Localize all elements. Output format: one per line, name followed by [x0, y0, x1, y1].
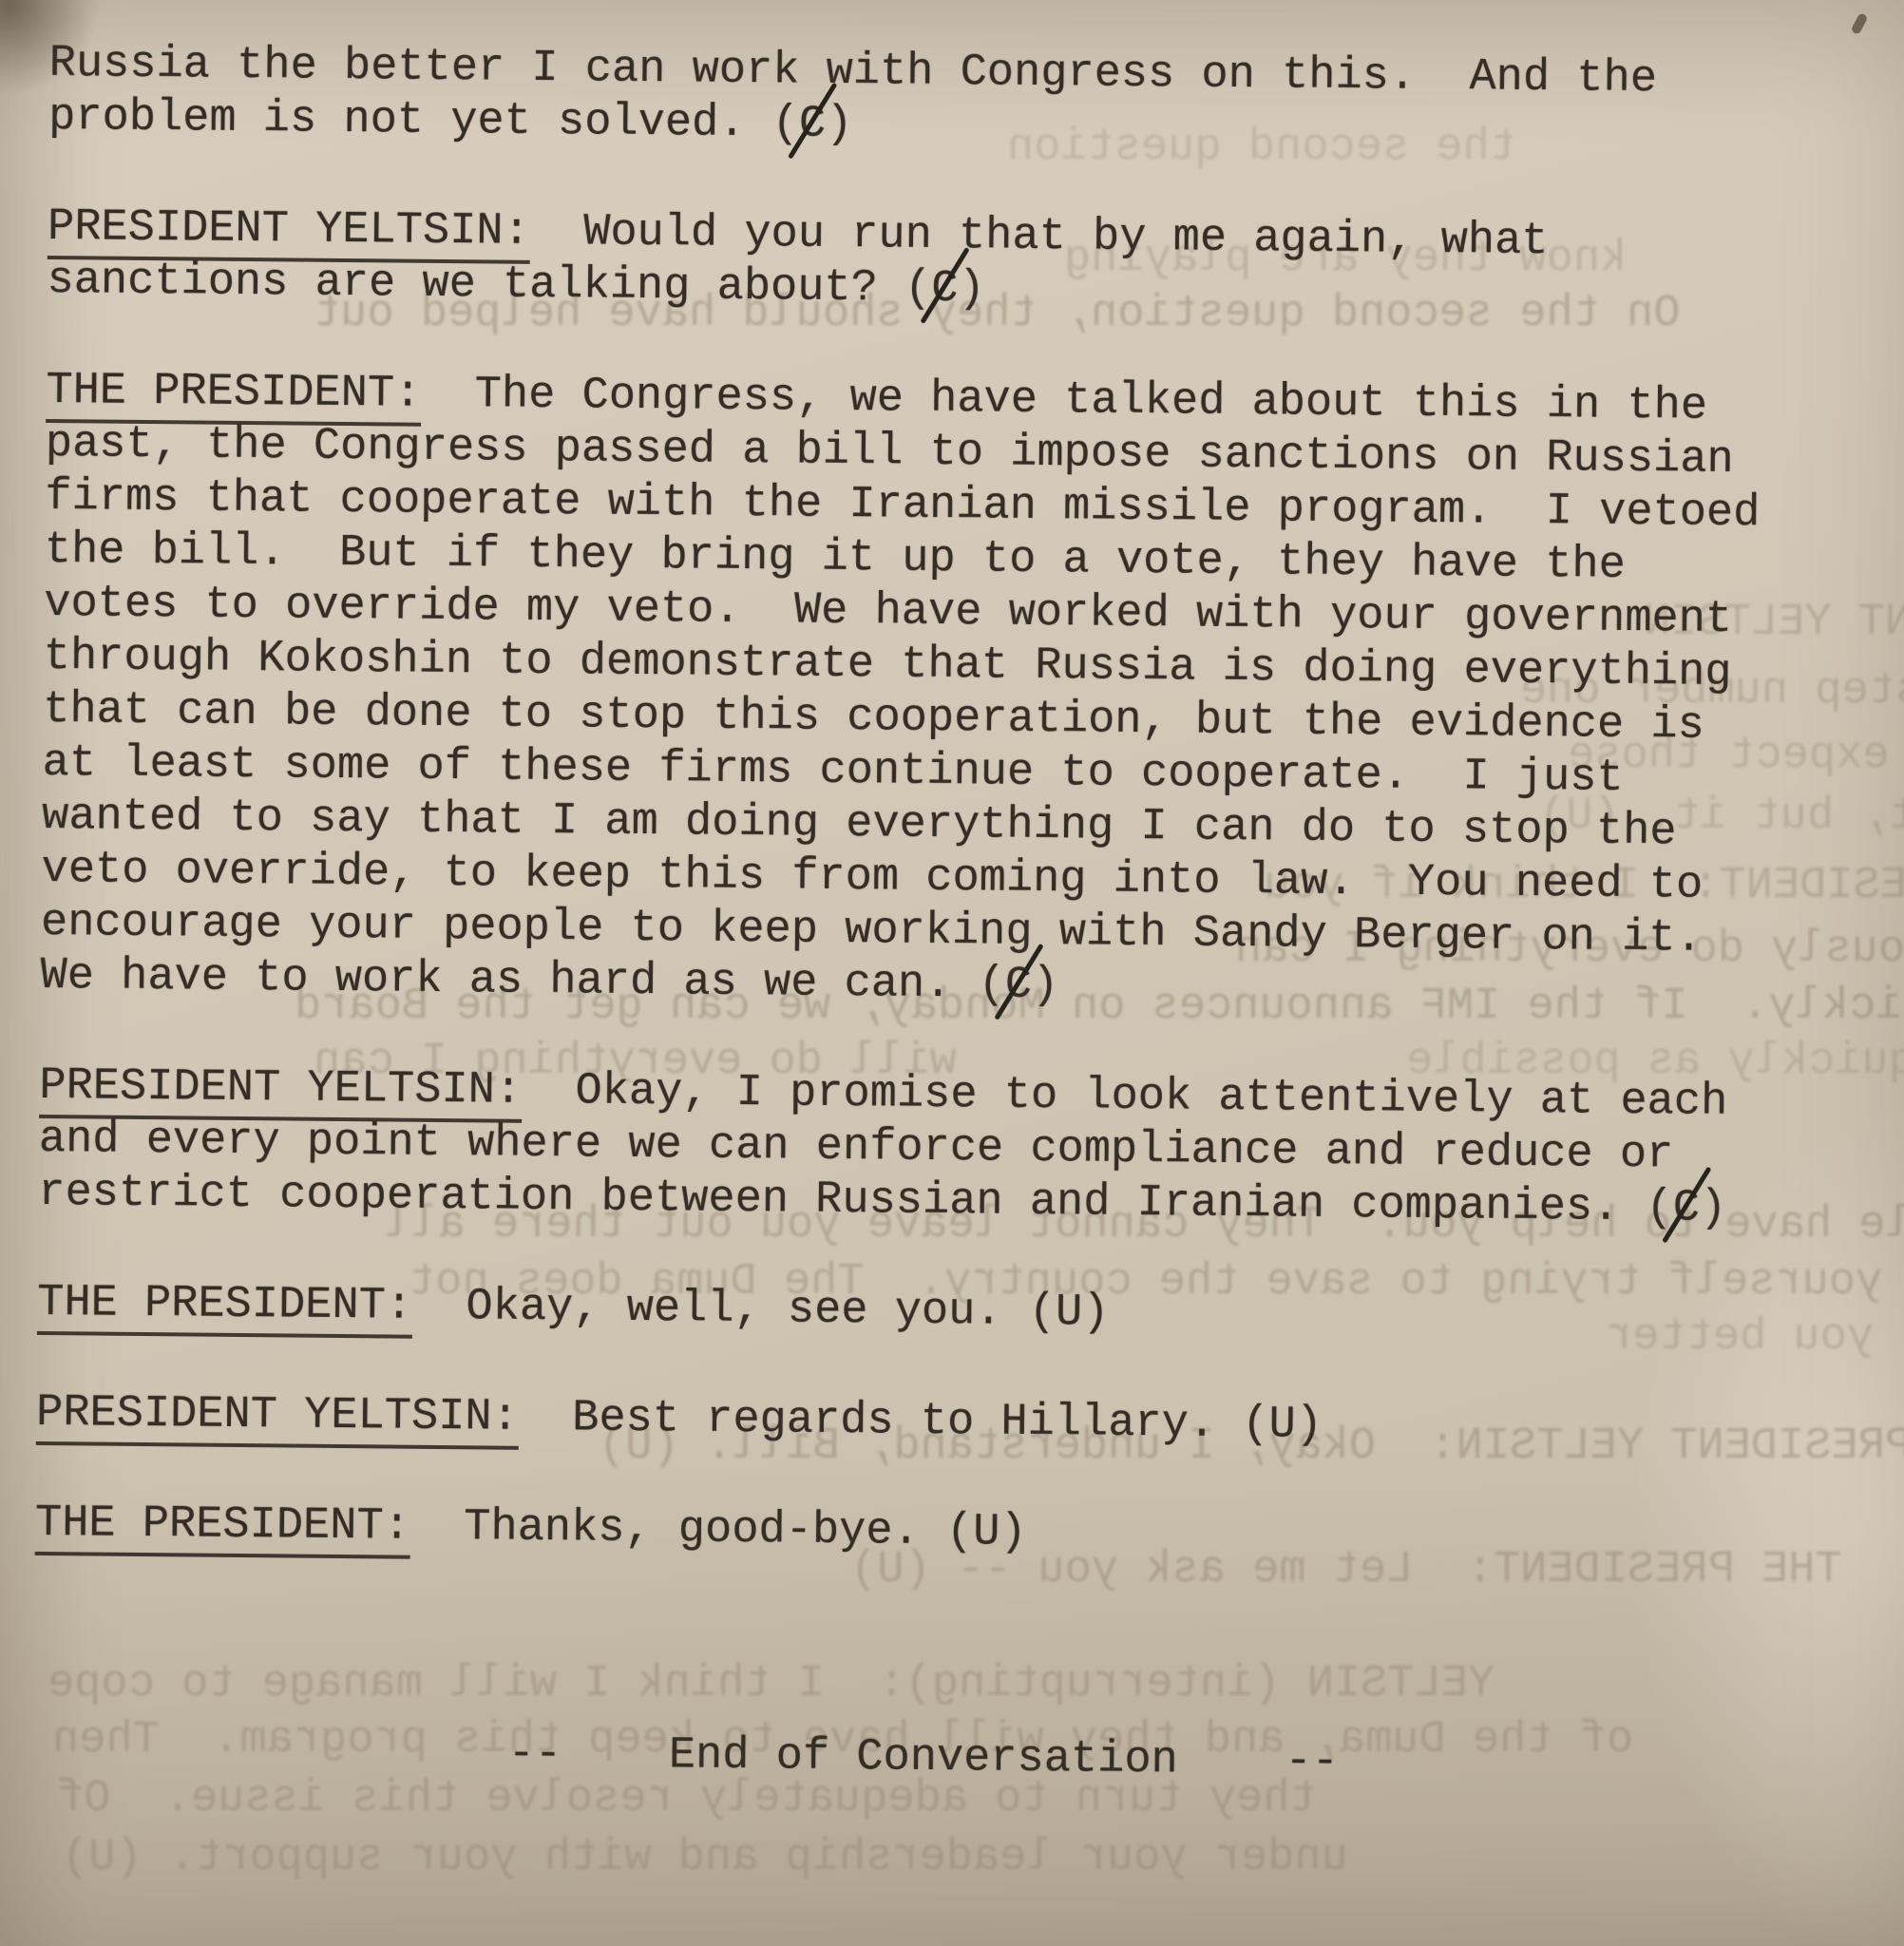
text-line: THE PRESIDENT: Okay, well, see you. (U) [37, 1277, 1852, 1347]
paragraph: PRESIDENT YELTSIN: Best regards to Hilla… [36, 1387, 1851, 1458]
classification-marker: (C) [771, 98, 852, 152]
paragraph: PRESIDENT YELTSIN: Okay, I promise to lo… [38, 1060, 1855, 1237]
bleed-through-text: under your leadership and with your supp… [62, 1832, 1348, 1885]
classification-marker: (U) [1029, 1287, 1110, 1341]
paragraph: THE PRESIDENT: Okay, well, see you. (U) [37, 1277, 1852, 1347]
speaker-name: THE PRESIDENT: [35, 1498, 410, 1559]
classification-marker: (C) [1646, 1182, 1726, 1236]
speaker-name: THE PRESIDENT: [46, 366, 421, 427]
speaker-name: PRESIDENT YELTSIN: [36, 1388, 519, 1450]
paragraph: THE PRESIDENT: Thanks, good-bye. (U) [35, 1498, 1850, 1568]
document-page: the second questionknow they are playing… [0, 0, 1904, 1946]
text-line: THE PRESIDENT: Thanks, good-bye. (U) [35, 1498, 1850, 1568]
paragraph: PRESIDENT YELTSIN: Would you run that by… [47, 201, 1862, 325]
paragraph: Russia the better I can work with Congre… [48, 38, 1864, 162]
classification-marker: (C) [904, 263, 985, 317]
transcript: Russia the better I can work with Congre… [32, 38, 1863, 1794]
classification-marker: (U) [1242, 1399, 1323, 1453]
speaker-name: THE PRESIDENT: [37, 1278, 412, 1339]
paragraph: THE PRESIDENT: The Congress, we have tal… [40, 365, 1860, 1021]
text-line: PRESIDENT YELTSIN: Best regards to Hilla… [36, 1387, 1851, 1458]
classification-marker: (U) [946, 1506, 1027, 1560]
classification-marker: (C) [978, 959, 1058, 1013]
